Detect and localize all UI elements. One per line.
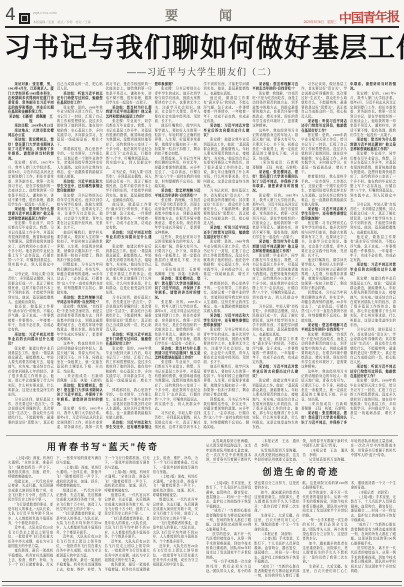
header-left: 4 ZQB·CYOL.COM 本版编辑／张蕾 版式／李婷 校对／王蓉 xyxy=(5,7,143,24)
paragraph: 采访组：您怎样理解习近平同志当年讲的“自找苦吃”？ xyxy=(155,189,201,198)
paragraph: 习书记说，年轻人要“自找苦吃”，多到基层去锻炼，同人民群众打成一片，真正了解社情… xyxy=(106,170,152,202)
paragraph: 医学的进步，离不开一代代医者的接续奋斗。从第一例手术的艰难探索，到如今技术体系日… xyxy=(302,490,347,518)
paragraph: 采访组：听说习近平同志还专门给您写过回信，勉励您在基层好好工作？ xyxy=(106,332,152,346)
paragraph: 采访组：听说习近平同志还专门给您写过回信，勉励您在基层好好工作？ xyxy=(301,119,347,133)
paragraph: 张宏樑：毕业前夕，同学们都在写毕业留言。我想，习书记在基层工作多年，对基层有很深… xyxy=(252,254,298,305)
paragraph: 张宏樑：是的。1988年我毕业分配到天津工作后，给习书记写了一封信，汇报了自己的… xyxy=(57,105,103,147)
newspaper-page: { "page": { "background": "#f6f5f1", "in… xyxy=(0,0,404,587)
paragraph: 张宏樑：他建议我毕业后到基层去工作。他说：“基层离群众最近，最能磨炼人。年轻人要… xyxy=(106,244,152,295)
edition-code: ZQB·CYOL.COM xyxy=(33,12,139,15)
paragraph: 采访组：习近平同志对您毕业后的去向提出过什么建议？ xyxy=(106,230,152,244)
paragraph: 采访组：您当时为什么想到请习近平同志题词？他又是怎样和您谈起基层工作的？ xyxy=(106,105,152,119)
paragraph: （上接1版）手术室里，无影灯下，十几名医护人员屏息凝神。血管吻合、器官复位、逐层… xyxy=(351,495,396,523)
bottom-right-headline: 创造生命的奇迹 xyxy=(206,465,396,478)
paragraph: 张宏樑：毕业前夕，同学们都在写毕业留言。我想，习书记在基层工作多年，对基层有很深… xyxy=(106,119,152,170)
paragraph: 生命至上，大爱无疆。在这里，白衣天使们用仁心仁术，继续创造着一个又一个生命的奇迹… xyxy=(254,513,299,532)
header-right: 2020年5月6日 星期三 中国青年报 xyxy=(254,11,399,24)
paragraph: 习书记谈到，做好基层工作，首先要过好“语言关”，学会说群众听得懂的话；其次要过好… xyxy=(203,189,249,226)
bottom-left-columns: （上接1版）深夜，机场灯火通明。“全体注意，准备开飞！”随着指挥员一声令下，战机… xyxy=(8,456,198,572)
paragraph: （上接1版）手术室里，无影灯下，十几名医护人员屏息凝神。血管吻合、器官复位、逐层… xyxy=(206,481,251,509)
footer-rule xyxy=(2,581,402,586)
paragraph: 组建以来，一代代官兵牢记使命、矢志打赢，先后圆满完成重大演训任务数十项，安全飞行… xyxy=(104,493,149,516)
paragraph: 张宏樑：好的。1985年9月，我考入厦门大学经济系。那年6月，习近平同志从河北正… xyxy=(155,300,201,346)
paragraph: 张宏樑：好的。1985年9月，我考入厦门大学经济系。那年6月，习近平同志从河北正… xyxy=(252,193,298,239)
bottom-left-body: （上接1版）深夜，机场灯火通明。“全体注意，准备开飞！”随着指挥员一声令下，战机… xyxy=(8,456,198,574)
paragraph: 张宏樑：毕业前夕，同学们都在写毕业留言。我想，习书记在基层工作多年，对基层有很深… xyxy=(8,221,54,272)
paragraph: 习书记说，年轻人要“自找苦吃”，多到基层去锻炼，同人民群众打成一片，真正了解社情… xyxy=(252,304,298,336)
paragraph: 回想起来，习书记当年同我们聊的这些话，朴实无华，却蕴含着深刻的道理。30多年过去… xyxy=(57,263,103,295)
paragraph: 采访组：听说习近平同志还专门给您写过回信，勉励您在基层好好工作？ xyxy=(57,91,103,105)
paragraph: 他还叮嘱我们，做学问先要学做人，要扣好人生的第一粒扣子。年轻时树立正确的世界观、… xyxy=(301,258,347,290)
paragraph: 习书记谈到，做好基层工作，首先要过好“语言关”，学会说群众听得懂的话；其次要过好… xyxy=(301,82,347,119)
paragraph: 张宏樑：习书记特别关心青年学生的成长。他多次到学校与同学们座谈，鼓励大家既要读有… xyxy=(301,221,347,258)
paragraph: （上接1版）深夜，机场灯火通明。“全体注意，准备开飞！”随着指挥员一声令下，战机… xyxy=(56,465,101,488)
paragraph: 习书记谈到，做好基层工作，首先要过好“语言关”，学会说群众听得懂的话；其次要过好… xyxy=(350,328,396,365)
paragraph: 如今，越来越多的患者在这里重获新生。出院那天，老人握着医生的手久久不愿松开：“是… xyxy=(302,541,347,564)
paragraph: “成功了！”当新的心脏在患者胸腔里有力搏动起来的那一刻，在场的所有人都红了眼眶。… xyxy=(206,509,251,532)
paragraph: （上接1版）深夜，机场灯火通明。“全体注意，准备开飞！”随着指挥员一声令下，战机… xyxy=(153,475,198,498)
paragraph: 采访组：您当时为什么想到请习近平同志题词？他又是怎样和您谈起基层工作的？ xyxy=(350,138,396,152)
paragraph: 采访组：您当时为什么想到请习近平同志题词？他又是怎样和您谈起基层工作的？ xyxy=(155,346,201,360)
paragraph: 这些年，我也经常用习书记的话勉励身边的年轻人：基层天地广阔，青春大有可为。只要沉… xyxy=(155,235,201,267)
paragraph: 张宏樑：我理解，“自找苦吃”不是为吃苦而吃苦，而是主动到条件艰苦的地方去、到矛盾… xyxy=(301,332,347,369)
paragraph: 张宏樑：我理解，“自找苦吃”不是为吃苦而吃苦，而是主动到条件艰苦的地方去、到矛盾… xyxy=(155,198,201,235)
paragraph: 张宏樑：是的。1988年我毕业分配到天津工作后，给习书记写了一封信，汇报了自己的… xyxy=(350,379,396,421)
paragraph: 张宏樑：是的。1988年我毕业分配到天津工作后，给习书记写了一封信，汇报了自己的… xyxy=(203,240,249,282)
main-subtitle: ——习近平与大学生朋友们（二） xyxy=(0,65,404,78)
paragraph: 他还说，做基层工作要有“滴水穿石”的韧劲，不能心浮气躁、急于求成。一件事情接着一… xyxy=(8,304,54,332)
paragraph: 张宏樑：习书记特别关心青年学生的成长。他多次到学校与同学们座谈，鼓励大家既要读有… xyxy=(203,328,249,365)
paragraph: 采访组：石新明 蒋佩珊 王钰 xyxy=(8,114,54,123)
paragraph: “每一台手术都是一次生命的托付，我们必须全力以赴。”团队带头人说，再小的希望也要… xyxy=(302,518,347,541)
paragraph: “飞行是勇敢者的事业，更是年轻人的事业。”大队长说，大队飞行员平均年龄不到30岁… xyxy=(56,512,101,535)
paragraph: 他还说，做基层工作要有“滴水穿石”的韧劲，不能心浮气躁、急于求成。一件事情接着一… xyxy=(252,337,298,365)
paragraph: 采访组：张宏樑同志，您好！您在厦门大学读书期间认识了习近平同志，并保持了多年联系… xyxy=(8,138,54,161)
paragraph: 组建以来，一代代官兵牢记使命、矢志打赢，先后圆满完成重大演训任务数十项，安全飞行… xyxy=(153,498,198,521)
paragraph: 采访组：习近平同志对您毕业后的去向提出过什么建议？ xyxy=(252,365,298,379)
paragraph: 他还说，做基层工作要有“滴水穿石”的韧劲，不能心浮气躁、急于求成。一件事情接着一… xyxy=(203,96,249,124)
paragraph: 医学的进步，离不开一代代医者的接续奋斗。从第一例手术的艰难探索，到如今技术体系日… xyxy=(351,546,396,574)
paragraph: “飞行是勇敢者的事业，更是年轻人的事业。”大队长说，大队飞行员平均年龄不到30岁… xyxy=(104,516,149,539)
paragraph: （采访组成员：石新明 蒋佩珊 王钰 执笔：石新明） xyxy=(301,402,347,411)
continuation-band-columns: 从雪域高原到万里海疆，从大漠戈壁到远海远洋，这支年轻的部队用航迹丈量忠诚，在一次… xyxy=(206,439,396,463)
bottom-right-columns: （上接1版）手术室里，无影灯下，十几名医护人员屏息凝神。血管吻合、器官复位、逐层… xyxy=(206,481,396,578)
paragraph: 采访组：您当时为什么想到请习近平同志题词？他又是怎样和您谈起基层工作的？ xyxy=(252,240,298,254)
paragraph: 采访对象：张宏樑，男，1963年4月生，江苏南京人。厦门大学经济系1985级本科… xyxy=(8,82,54,114)
main-article-columns: 采访对象：张宏樑，男，1963年4月生，江苏南京人。厦门大学经济系1985级本科… xyxy=(8,82,396,430)
paragraph: 采访组：习近平同志对您毕业后的去向提出过什么建议？ xyxy=(203,124,249,138)
paragraph: 张宏樑：我理解，“自找苦吃”不是为吃苦而吃苦，而是主动到条件艰苦的地方去、到矛盾… xyxy=(57,304,103,341)
section-title: 要 闻 xyxy=(151,5,246,24)
bottom-section: 用青春书写“蓝天”传奇 （上接1版）深夜，机场灯火通明。“全体注意，准备开飞！”… xyxy=(8,439,396,578)
paragraph: 采访组：您怎样理解习近平同志当年讲的“自找苦吃”？ xyxy=(57,295,103,304)
main-article: 采访对象：张宏樑，男，1963年4月生，江苏南京人。厦门大学经济系1985级本科… xyxy=(8,82,396,431)
edition-info: ZQB·CYOL.COM 本版编辑／张蕾 版式／李婷 校对／王蓉 xyxy=(33,12,143,24)
paragraph: 张宏樑：是的。1988年我毕业分配到天津工作后，给习书记写了一封信，汇报了自己的… xyxy=(106,346,152,388)
paragraph: 采访地点：天津市张宏樑同志办公室 xyxy=(8,128,54,137)
paragraph: 张宏樑：他建议我毕业后到基层去工作。他说：“基层离群众最近，最能磨炼人。年轻人要… xyxy=(8,346,54,397)
paragraph: 他还说，做基层工作要有“滴水穿石”的韧劲，不能心浮气躁、急于求成。一件事情接着一… xyxy=(106,203,152,231)
paper-logo-icon xyxy=(19,13,30,24)
paragraph: 他还说，做基层工作要有“滴水穿石”的韧劲，不能心浮气躁、急于求成。一件事情接着一… xyxy=(350,235,396,263)
paragraph: 采访组：您当时为什么想到请习近平同志题词？他又是怎样和您谈起基层工作的？ xyxy=(8,207,54,221)
paragraph: 张宏樑：毕业前夕，同学们都在写毕业留言。我想，习书记在基层工作多年，对基层有很深… xyxy=(350,152,396,203)
paragraph: （本报记者 王达 通讯员 李明） xyxy=(254,439,299,448)
paragraph: 采访组：习近平同志对您毕业后的去向提出过什么建议？ xyxy=(350,263,396,277)
continuation-band: 从雪域高原到万里海疆，从大漠戈壁到远海远洋，这支年轻的部队用航迹丈量忠诚，在一次… xyxy=(206,439,396,463)
bottom-right-body: （上接1版）手术室里，无影灯下，十几名医护人员屏息凝神。血管吻合、器官复位、逐层… xyxy=(206,481,396,578)
paragraph: 组建以来，一代代官兵牢记使命、矢志打赢，先后圆满完成重大演训任务数十项，安全飞行… xyxy=(56,488,101,511)
paragraph: 回想起来，习书记当年同我们聊的这些话，朴实无华，却蕴含着深刻的道理。30多年过去… xyxy=(155,156,201,188)
paragraph: 回想起来，习书记当年同我们聊的这些话，朴实无华，却蕴含着深刻的道理。30多年过去… xyxy=(301,291,347,323)
paragraph: 从雪域高原到万里海疆，从大漠戈壁到远海远洋，这支年轻的部队用航迹丈量忠诚，在一次… xyxy=(206,439,251,463)
paragraph: 他还叮嘱我们，做学问先要学做人，要扣好人生的第一粒扣子。年轻时树立正确的世界观、… xyxy=(57,230,103,262)
page-header: 4 ZQB·CYOL.COM 本版编辑／张蕾 版式／李婷 校对／王蓉 要 闻 2… xyxy=(5,3,399,28)
paragraph: 这些年，我也经常用习书记的话勉励身边的年轻人：基层天地广阔，青春大有可为。只要沉… xyxy=(57,342,103,374)
paragraph: 组建以来，一代代官兵牢记使命、矢志打赢，先后圆满完成重大演训任务数十项，安全飞行… xyxy=(8,479,53,502)
paragraph: （上接1版）深夜，机场灯火通明。“全体注意，准备开飞！”随着指挥员一声令下，战机… xyxy=(104,470,149,493)
paragraph: 张宏樑：习书记特别关心青年学生的成长。他多次到学校与同学们座谈，鼓励大家既要读有… xyxy=(57,193,103,230)
paragraph: 这些年，我也经常用习书记的话勉励身边的年轻人：基层天地广阔，青春大有可为。只要沉… xyxy=(301,369,347,401)
paragraph: （上接1版）深夜，机场灯火通明。“全体注意，准备开飞！”随着指挥员一声令下，战机… xyxy=(8,456,53,479)
paragraph: 捧着那封信，我心里热乎乎的。一位市领导，工作那么忙，还惦记着一个刚毕业的学生，亲… xyxy=(57,147,103,179)
paragraph: 采访组：您怎样理解习近平同志当年讲的“自找苦吃”？ xyxy=(252,82,298,91)
paragraph: 如今，越来越多的患者在这里重获新生。出院那天，老人握着医生的手久久不愿松开：“是… xyxy=(254,490,299,513)
main-headline: 习书记与我们聊如何做好基层工作 xyxy=(4,33,400,64)
paragraph: 张宏樑：好的。1985年9月，我考入厦门大学经济系。那年6月，习近平同志从河北正… xyxy=(8,161,54,207)
paragraph: 张宏樑：是的。1988年我毕业分配到天津工作后，给习书记写了一封信，汇报了自己的… xyxy=(301,133,347,175)
paragraph: 张宏樑：他建议我毕业后到基层去工作。他说：“基层离群众最近，最能磨炼人。年轻人要… xyxy=(252,379,298,430)
paragraph: 近年来，大队先后有20余名飞行员走上团以上领导岗位，一批批青年飞行员在重大任务中… xyxy=(8,526,53,549)
paragraph: （采访组成员：石新明 蒋佩珊 王钰 执笔：石新明） xyxy=(155,267,201,276)
paragraph: 近年来，大队先后有20余名飞行员走上团以上领导岗位，一批批青年飞行员在重大任务中… xyxy=(56,535,101,558)
paragraph: 张宏樑：我理解，“自找苦吃”不是为吃苦而吃苦，而是主动到条件艰苦的地方去、到矛盾… xyxy=(252,91,298,128)
paragraph: “飞行是勇敢者的事业，更是年轻人的事业。”大队长说，大队飞行员平均年龄不到30岁… xyxy=(153,521,198,544)
bottom-right-article: 从雪域高原到万里海疆，从大漠戈壁到远海远洋，这支年轻的部队用航迹丈量忠诚，在一次… xyxy=(206,439,396,578)
date-line: 2020年5月6日 星期三 xyxy=(304,20,337,24)
paragraph: 医学的进步，离不开一代代医者的接续奋斗。从第一例手术的艰难探索，到如今技术体系日… xyxy=(206,532,251,560)
paragraph: 习书记说，年轻人要“自找苦吃”，多到基层去锻炼，同人民群众打成一片，真正了解社情… xyxy=(350,203,396,235)
paragraph: 采访组：听说习近平同志还专门给您写过回信，勉励您在基层好好工作？ xyxy=(350,365,396,379)
page-number: 4 xyxy=(5,7,16,24)
paragraph: 近年来，大队先后有20余名飞行员走上团以上领导岗位，一批批青年飞行员在重大任务中… xyxy=(104,539,149,562)
paragraph: 他还叮嘱我们，做学问先要学做人，要扣好人生的第一粒扣子。年轻时树立正确的世界观、… xyxy=(203,365,249,397)
bottom-left-headline: 用青春书写“蓝天”传奇 xyxy=(8,440,198,453)
paragraph: 采访组：习近平同志和大学生交往中，还有哪些事情让您印象深刻？ xyxy=(57,179,103,193)
paragraph: 习书记说，年轻人要“自找苦吃”，多到基层去锻炼，同人民群众打成一片，真正了解社情… xyxy=(8,272,54,304)
paragraph: 采访组：张宏樑同志，您好！您在厦门大学读书期间认识了习近平同志，并保持了多年联系… xyxy=(57,383,103,406)
paragraph: 捧着那封信，我心里热乎乎的。一位市领导，工作那么忙，还惦记着一个刚毕业的学生，亲… xyxy=(203,281,249,313)
paragraph: 张宏樑：他建议我毕业后到基层去工作。他说：“基层离群众最近，最能磨炼人。年轻人要… xyxy=(350,277,396,328)
paragraph: 张宏樑：习书记特别关心青年学生的成长。他多次到学校与同学们座谈，鼓励大家既要读有… xyxy=(155,87,201,124)
paragraph: 这些年，我也经常用习书记的话勉励身边的年轻人：基层天地广阔，青春大有可为。只要沉… xyxy=(252,128,298,160)
paragraph: 采访组：听说习近平同志还专门给您写过回信，勉励您在基层好好工作？ xyxy=(203,226,249,240)
bottom-left-article: 用青春书写“蓝天”传奇 （上接1版）深夜，机场灯火通明。“全体注意，准备开飞！”… xyxy=(8,439,198,578)
paragraph: 捧着那封信，我心里热乎乎的。一位市领导，工作那么忙，还惦记着一个刚毕业的学生，亲… xyxy=(301,175,347,207)
paragraph: 采访组：您怎样理解习近平同志当年讲的“自找苦吃”？ xyxy=(301,323,347,332)
paragraph: 采访组：张宏樑同志，您好！您在厦门大学读书期间认识了习近平同志，并保持了多年联系… xyxy=(252,170,298,193)
paragraph: 近年来，大队先后有20余名飞行员走上团以上领导岗位，一批批青年飞行员在重大任务中… xyxy=(153,544,198,567)
edition-editors: 本版编辑／张蕾 版式／李婷 校对／王蓉 xyxy=(33,21,139,24)
paragraph: 捧着那封信，我心里热乎乎的。一位市领导，工作那么忙，还惦记着一个刚毕业的学生，亲… xyxy=(106,388,152,420)
paragraph: 回想起来，习书记当年同我们聊的这些话，朴实无华，却蕴含着深刻的道理。30多年过去… xyxy=(203,397,249,429)
paragraph: （采访组成员：石新明 蒋佩珊 王钰 执笔：石新明） xyxy=(252,161,298,170)
paragraph: 习书记谈到，做好基层工作，首先要过好“语言关”，学会说群众听得懂的话；其次要过好… xyxy=(106,295,152,332)
paragraph: 采访组：习近平同志对您毕业后的去向提出过什么建议？ xyxy=(8,332,54,346)
paragraph: （采访组成员：石新明 蒋佩珊 王钰 执笔：石新明） xyxy=(57,374,103,383)
paragraph: 张宏樑：好的。1985年9月，我考入厦门大学经济系。那年6月，习近平同志从河北正… xyxy=(350,91,396,137)
paragraph: 他还叮嘱我们，做学问先要学做人，要扣好人生的第一粒扣子。年轻时树立正确的世界观、… xyxy=(155,124,201,156)
paragraph: 采访组：张宏樑同志，您好！您在厦门大学读书期间认识了习近平同志，并保持了多年联系… xyxy=(155,277,201,300)
paragraph: “飞行是勇敢者的事业，更是年轻人的事业。”大队长说，大队飞行员平均年龄不到30岁… xyxy=(8,502,53,525)
paragraph: 采访组：习近平同志和大学生交往中，还有哪些事情让您印象深刻？ xyxy=(301,207,347,221)
section-divider xyxy=(6,435,398,436)
paragraph: （本报记者 王达 通讯员 李明） xyxy=(302,448,347,457)
masthead-logo: 中国青年报 xyxy=(339,10,399,25)
paragraph: （上接1版）手术室里，无影灯下，十几名医护人员屏息凝神。血管吻合、器官复位、逐层… xyxy=(254,537,299,565)
paragraph: 张宏樑：毕业前夕，同学们都在写毕业留言。我想，习书记在基层工作多年，对基层有很深… xyxy=(155,360,201,411)
paragraph: “成功了！”当新的心脏在患者胸腔里有力搏动起来的那一刻，在场的所有人都红了眼眶。… xyxy=(351,523,396,546)
paragraph: 张宏樑：他建议我毕业后到基层去工作。他说：“基层离群众最近，最能磨炼人。年轻人要… xyxy=(203,138,249,189)
paragraph: 采访组：习近平同志和大学生交往中，还有哪些事情让您印象深刻？ xyxy=(203,314,249,328)
